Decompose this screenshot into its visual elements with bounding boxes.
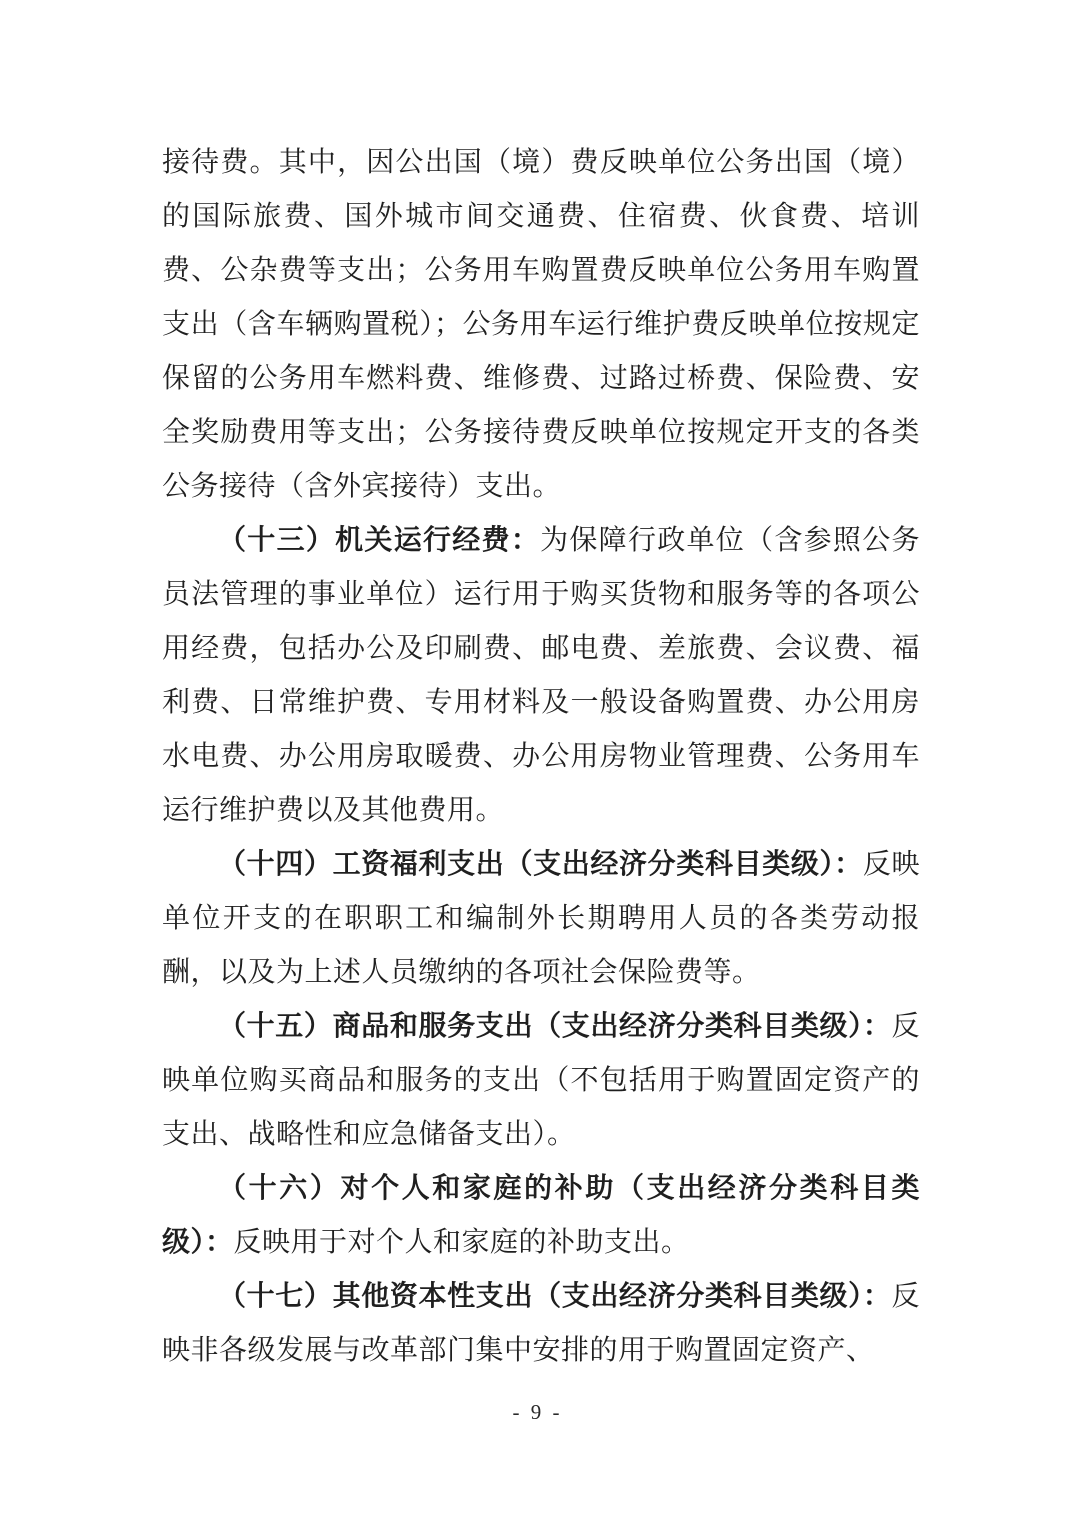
section-heading: （十五）商品和服务支出（支出经济分类科目类级）：	[218, 1011, 891, 1042]
body-text: 接待费。其中，因公出国（境）费反映单位公务出国（境）的国际旅费、国外城市间交通费…	[162, 136, 920, 1378]
paragraph: （十四）工资福利支出（支出经济分类科目类级）：反映单位开支的在职职工和编制外长期…	[162, 838, 920, 1000]
paragraph: （十六）对个人和家庭的补助（支出经济分类科目类级）：反映用于对个人和家庭的补助支…	[162, 1162, 920, 1270]
document-page: 接待费。其中，因公出国（境）费反映单位公务出国（境）的国际旅费、国外城市间交通费…	[0, 0, 1075, 1520]
paragraph-text: 接待费。其中，因公出国（境）费反映单位公务出国（境）的国际旅费、国外城市间交通费…	[162, 147, 920, 502]
paragraph: 接待费。其中，因公出国（境）费反映单位公务出国（境）的国际旅费、国外城市间交通费…	[162, 136, 920, 514]
page-number: - 9 -	[0, 1398, 1075, 1426]
paragraph: （十三）机关运行经费：为保障行政单位（含参照公务员法管理的事业单位）运行用于购买…	[162, 514, 920, 838]
paragraph-text: 反映用于对个人和家庭的补助支出。	[234, 1227, 690, 1258]
section-heading: （十三）机关运行经费：	[218, 525, 540, 556]
section-heading: （十七）其他资本性支出（支出经济分类科目类级）：	[218, 1281, 891, 1312]
paragraph-text: 为保障行政单位（含参照公务员法管理的事业单位）运行用于购买货物和服务等的各项公用…	[162, 525, 920, 826]
paragraph: （十七）其他资本性支出（支出经济分类科目类级）：反映非各级发展与改革部门集中安排…	[162, 1270, 920, 1378]
section-heading: （十四）工资福利支出（支出经济分类科目类级）：	[218, 849, 863, 880]
paragraph: （十五）商品和服务支出（支出经济分类科目类级）：反映单位购买商品和服务的支出（不…	[162, 1000, 920, 1162]
